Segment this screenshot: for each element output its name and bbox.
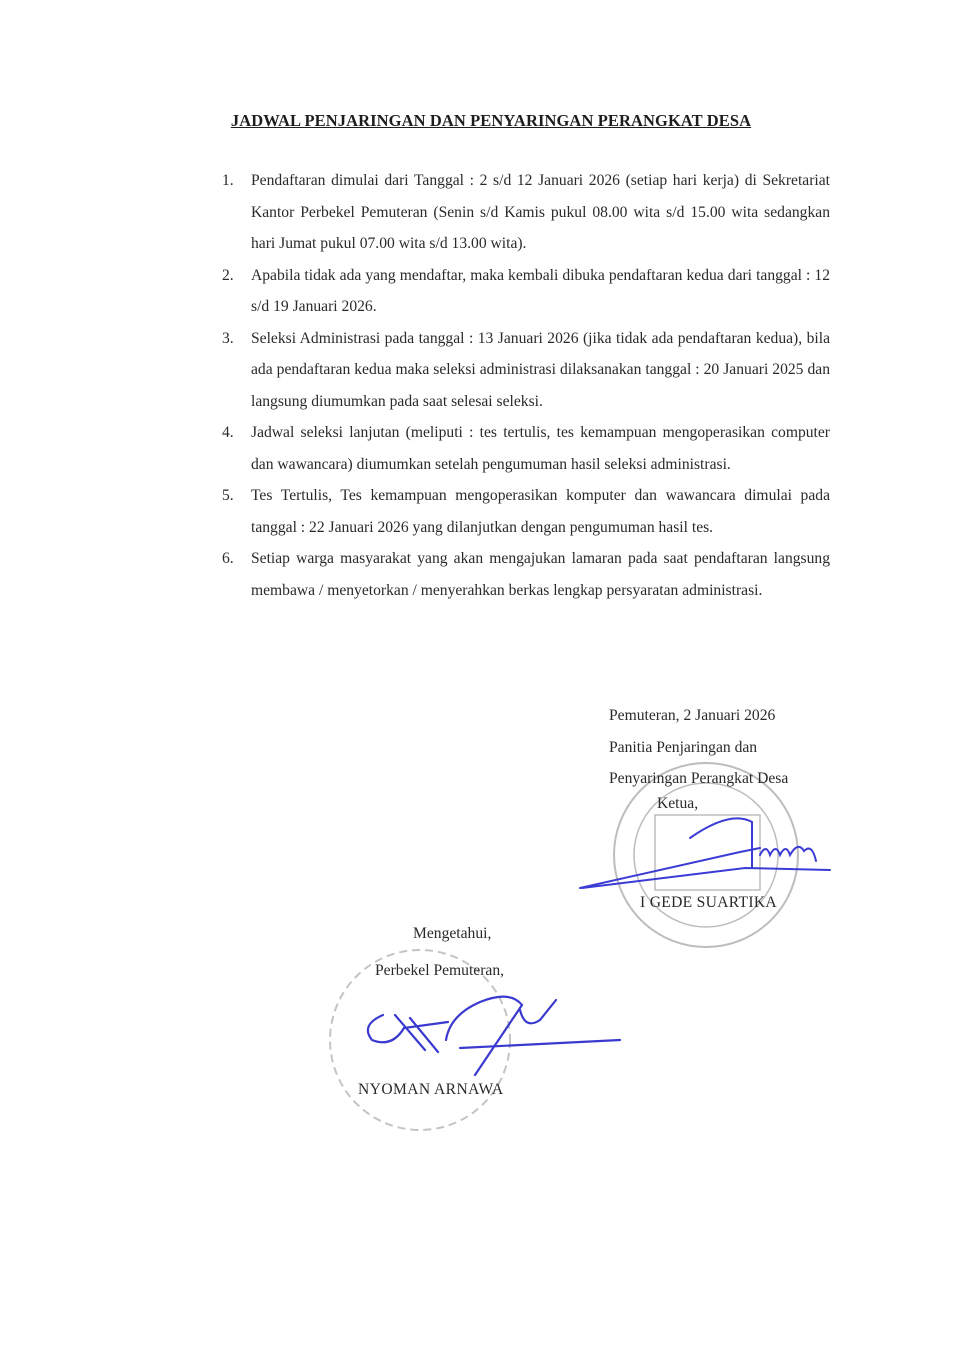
committee-chair-name: I GEDE SUARTIKA [640, 894, 777, 912]
item-text: Seleksi Administrasi pada tanggal : 13 J… [251, 330, 830, 410]
item-text: Apabila tidak ada yang mendaftar, maka k… [251, 267, 830, 316]
item-number: 3. [222, 323, 234, 355]
committee-line-2: Penyaringan Perangkat Desa [609, 763, 788, 795]
schedule-list: 1.Pendaftaran dimulai dari Tanggal : 2 s… [222, 165, 830, 606]
list-item: 2.Apabila tidak ada yang mendaftar, maka… [222, 260, 830, 323]
item-text: Jadwal seleksi lanjutan (meliputi : tes … [251, 424, 830, 473]
item-text: Pendaftaran dimulai dari Tanggal : 2 s/d… [251, 172, 830, 252]
list-item: 3.Seleksi Administrasi pada tanggal : 13… [222, 323, 830, 418]
list-item: 1.Pendaftaran dimulai dari Tanggal : 2 s… [222, 165, 830, 260]
village-head-name: NYOMAN ARNAWA [358, 1081, 504, 1099]
item-text: Setiap warga masyarakat yang akan mengaj… [251, 550, 830, 599]
committee-role: Ketua, [657, 795, 698, 813]
list-item: 4.Jadwal seleksi lanjutan (meliputi : te… [222, 417, 830, 480]
list-item: 5.Tes Tertulis, Tes kemampuan mengoperas… [222, 480, 830, 543]
document-title: JADWAL PENJARINGAN DAN PENYARINGAN PERAN… [196, 111, 786, 131]
village-head-role: Perbekel Pemuteran, [375, 962, 504, 980]
item-number: 2. [222, 260, 234, 292]
item-number: 4. [222, 417, 234, 449]
item-number: 1. [222, 165, 234, 197]
item-number: 6. [222, 543, 234, 575]
item-number: 5. [222, 480, 234, 512]
list-item: 6.Setiap warga masyarakat yang akan meng… [222, 543, 830, 606]
item-text: Tes Tertulis, Tes kemampuan mengoperasik… [251, 487, 830, 536]
signature-committee-chair-icon [580, 818, 830, 888]
committee-line-1: Panitia Penjaringan dan [609, 732, 788, 764]
signature-village-head-icon [368, 997, 620, 1075]
acknowledged-label: Mengetahui, [413, 925, 491, 943]
committee-signature-block: Pemuteran, 2 Januari 2026 Panitia Penjar… [609, 700, 788, 795]
place-date: Pemuteran, 2 Januari 2026 [609, 700, 788, 732]
